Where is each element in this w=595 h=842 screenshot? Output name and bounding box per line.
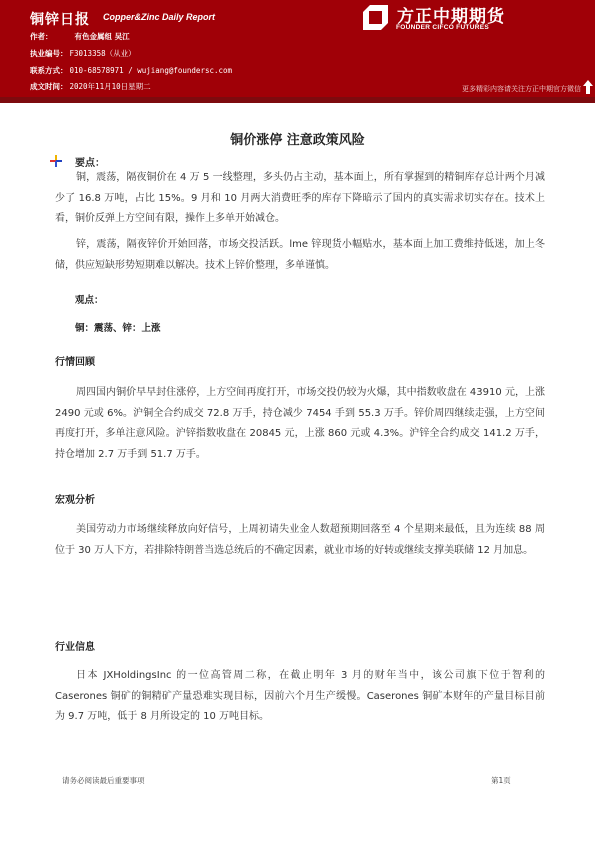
author-label: 作者： bbox=[30, 32, 53, 41]
brand-title: 铜锌日报 bbox=[30, 9, 90, 29]
contact-row: 联系方式：010-68578971 / wujiang@foundersc.co… bbox=[30, 65, 232, 76]
license-row: 执业编号：F3013358（从业） bbox=[30, 48, 136, 59]
key-points-heading: 要点： bbox=[75, 154, 105, 169]
logo-english-name: FOUNDER CIFCO FUTURES bbox=[396, 24, 489, 31]
report-header: 铜锌日报 Copper&Zinc Daily Report 作者：有色金属组 吴… bbox=[0, 0, 595, 97]
section-body-market-review: 周四国内铜价早早封住涨停，上方空间再度打开，市场交投仍较为火爆，其中指数收盘在 … bbox=[55, 383, 545, 465]
section-heading-macro: 宏观分析 bbox=[55, 491, 95, 506]
contact-value: 010-68578971 / wujiang@foundersc.com bbox=[70, 66, 233, 75]
header-divider bbox=[0, 97, 595, 103]
section-heading-market-review: 行情回顾 bbox=[55, 353, 95, 368]
copper-summary: 铜，震荡，隔夜铜价在 4 万 5 一线整理，多头仍占主动，基本面上，所有掌握到的… bbox=[55, 168, 545, 230]
date-label: 成文时间： bbox=[30, 82, 68, 91]
section-heading-industry: 行业信息 bbox=[55, 638, 95, 653]
view-value: 铜：震荡、锌：上涨 bbox=[75, 320, 161, 334]
footer-disclaimer: 请务必阅读最后重要事项 bbox=[62, 775, 145, 786]
founder-logo-icon bbox=[362, 4, 389, 31]
license-value: F3013358（从业） bbox=[70, 49, 136, 58]
license-label: 执业编号： bbox=[30, 49, 68, 58]
bullet-icon bbox=[50, 155, 62, 167]
page-number: 第1页 bbox=[491, 775, 511, 786]
arrow-up-icon bbox=[583, 80, 593, 94]
document-title: 铜价涨停 注意政策风险 bbox=[0, 129, 595, 148]
zinc-summary: 锌，震荡，隔夜锌价开始回落，市场交投活跃。lme 锌现货小幅贴水，基本面上加工费… bbox=[55, 235, 545, 276]
date-row: 成文时间：2020年11月10日星期二 bbox=[30, 81, 151, 92]
view-label: 观点： bbox=[75, 292, 104, 306]
section-body-industry: 日本 JXHoldingsInc 的一位高管周二称，在截止明年 3 月的财年当中… bbox=[55, 666, 545, 728]
follow-wechat-text: 更多精彩内容请关注方正中期官方微信 bbox=[462, 84, 581, 94]
author-value: 有色金属组 吴江 bbox=[75, 32, 130, 41]
contact-label: 联系方式： bbox=[30, 66, 68, 75]
brand-subtitle: Copper&Zinc Daily Report bbox=[103, 12, 215, 22]
section-body-macro: 美国劳动力市场继续释放向好信号，上周初请失业金人数超预期回落至 4 个星期来最低… bbox=[55, 520, 545, 561]
author-row: 作者：有色金属组 吴江 bbox=[30, 31, 130, 42]
date-value: 2020年11月10日星期二 bbox=[70, 82, 151, 91]
